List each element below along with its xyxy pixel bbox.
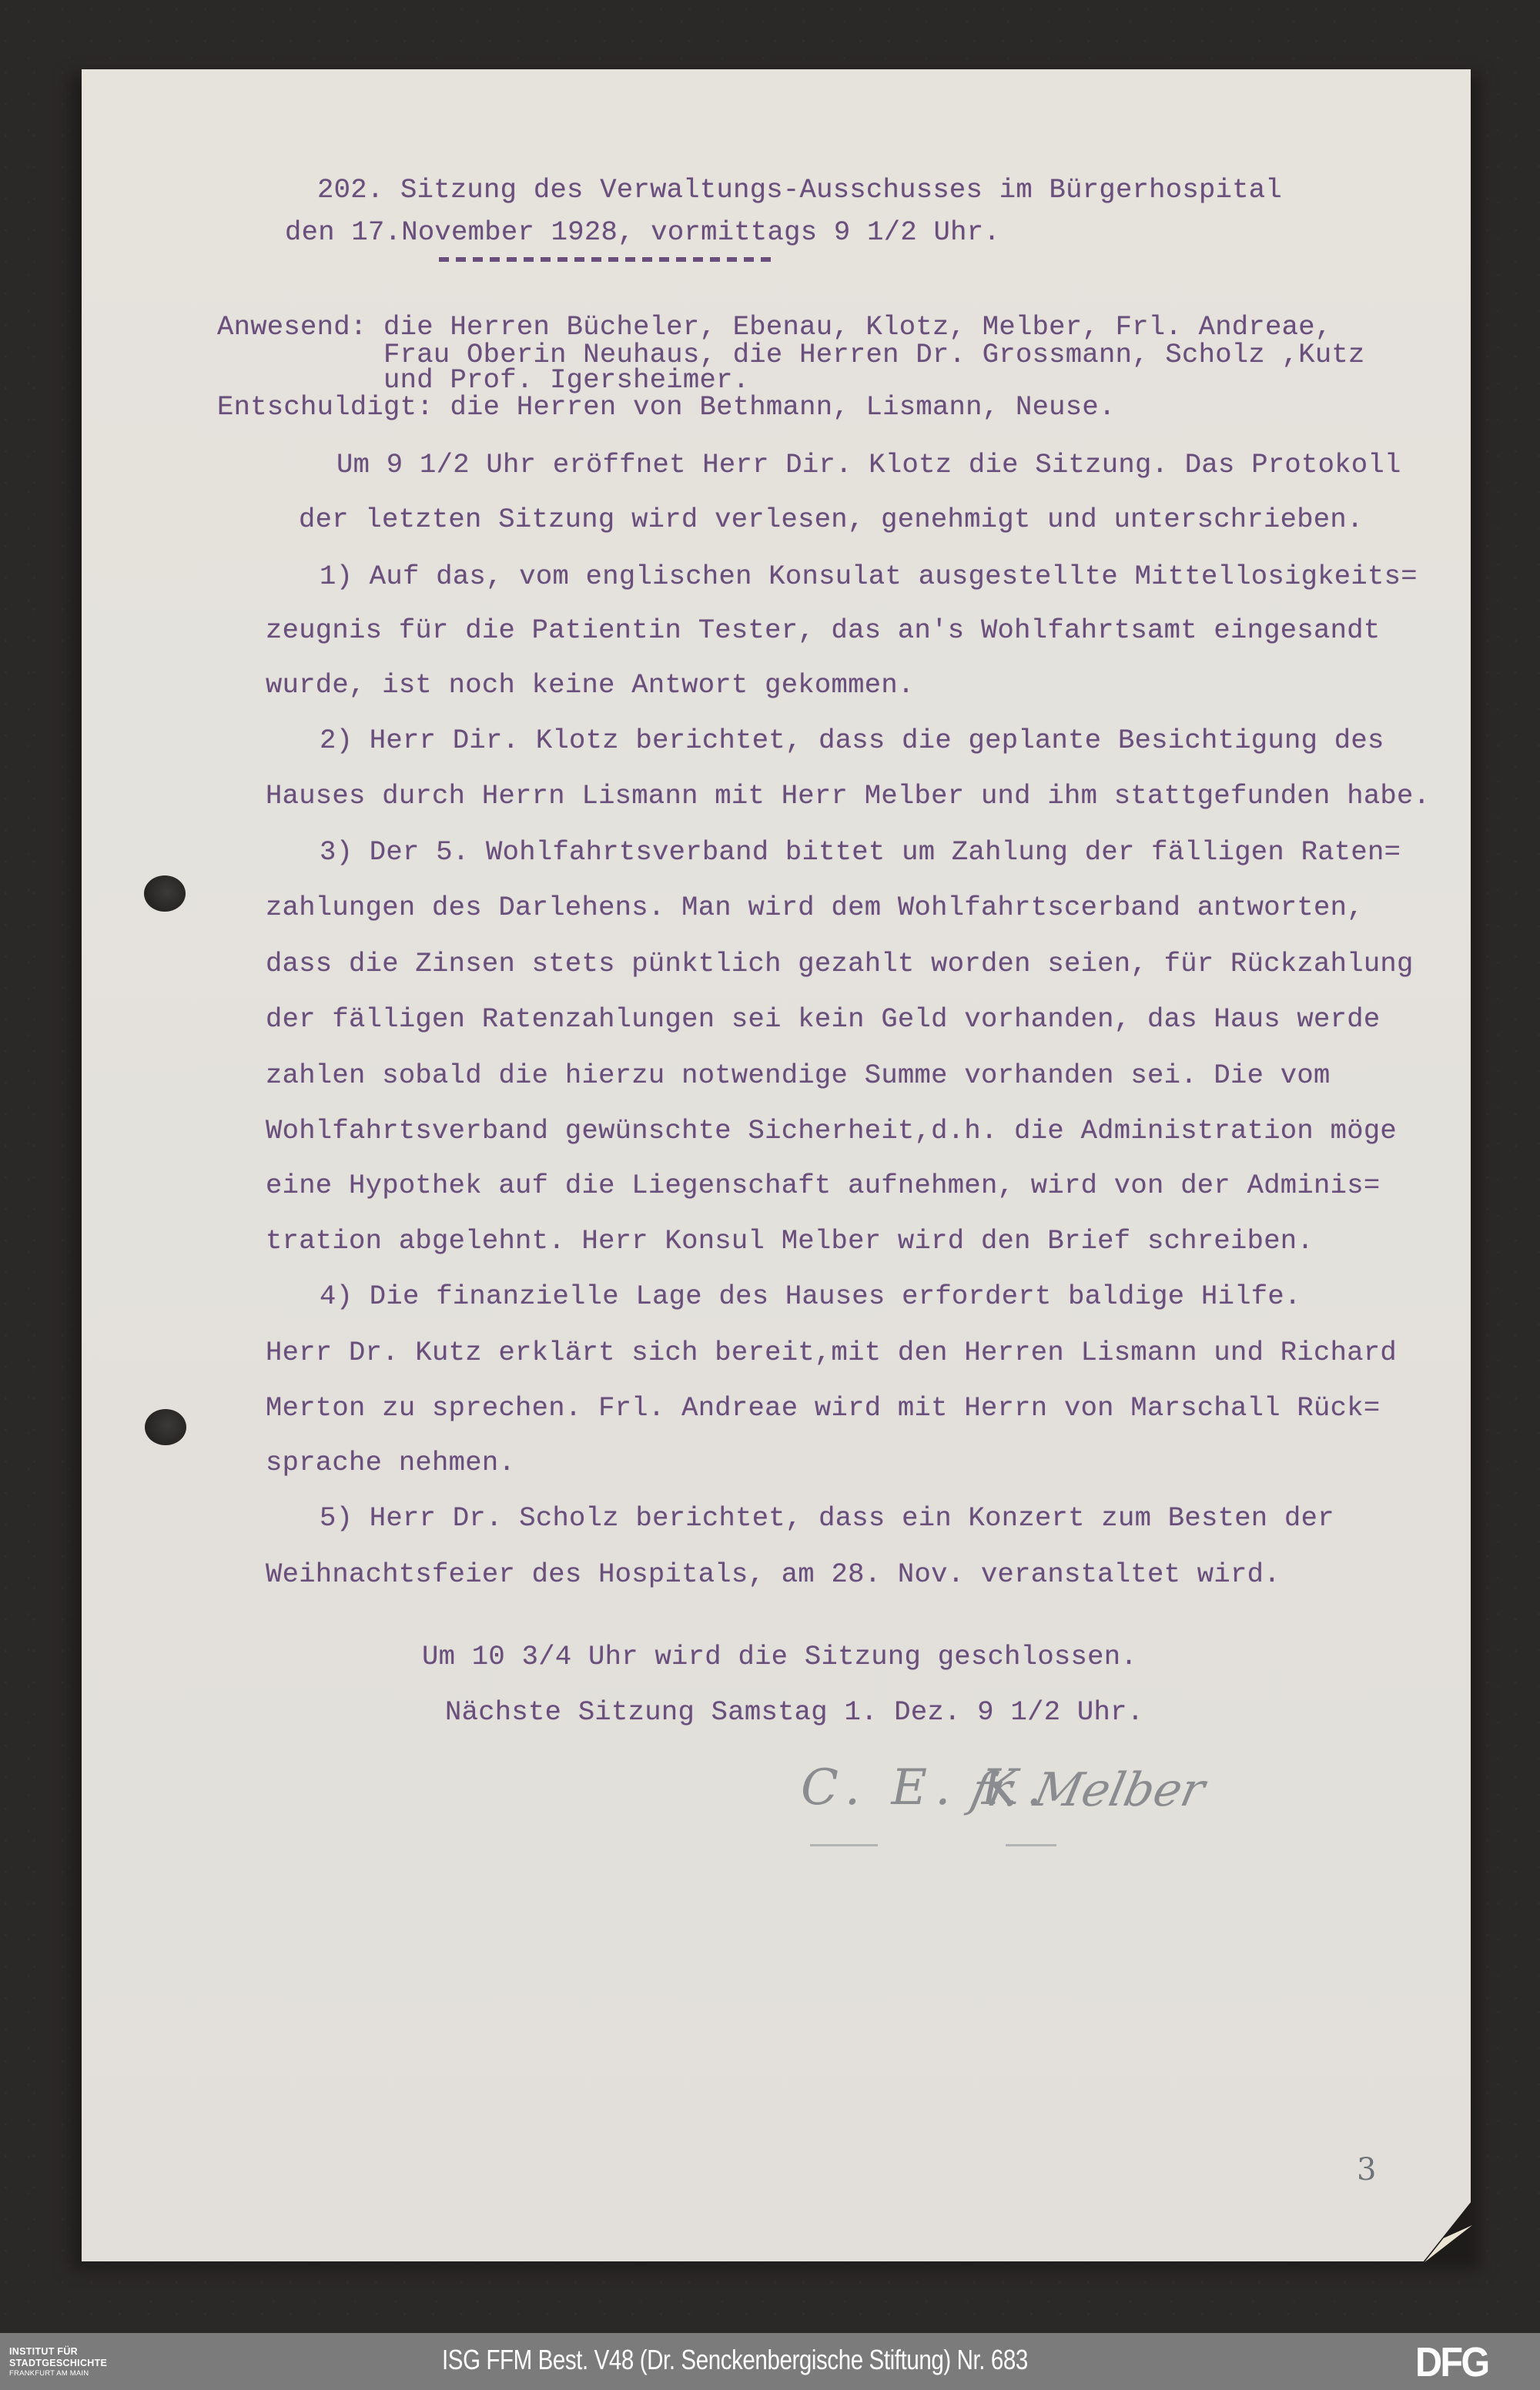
attendance-present-cont: und Prof. Igersheimer.: [217, 367, 749, 394]
signature-melber: fr. Melber: [966, 1763, 1210, 1817]
agenda-item-5: 5) Herr Dr. Scholz berichtet, dass ein K…: [320, 1505, 1334, 1532]
footer-bar: INSTITUT FÜR STADTGESCHICHTE FRANKFURT A…: [0, 2333, 1540, 2390]
attendance-excused: Entschuldigt: die Herren von Bethmann, L…: [217, 393, 1116, 421]
agenda-item-2: 2) Herr Dir. Klotz berichtet, dass die g…: [320, 727, 1384, 755]
institution-line-1: INSTITUT FÜR: [9, 2347, 107, 2357]
body-line: Weihnachtsfeier des Hospitals, am 28. No…: [266, 1561, 1281, 1588]
signature-underline: [810, 1844, 878, 1846]
body-line: Hauses durch Herrn Lismann mit Herr Melb…: [266, 782, 1430, 810]
body-line: Merton zu sprechen. Frl. Andreae wird mi…: [266, 1394, 1380, 1422]
body-line: tration abgelehnt. Herr Konsul Melber wi…: [266, 1227, 1314, 1255]
body-line: zeugnis für die Patientin Tester, das an…: [266, 617, 1380, 644]
institution-logo: INSTITUT FÜR STADTGESCHICHTE FRANKFURT A…: [9, 2347, 107, 2378]
signature-underline: [1006, 1844, 1056, 1846]
body-line: Herr Dr. Kutz erklärt sich bereit,mit de…: [266, 1339, 1397, 1367]
body-line: der fälligen Ratenzahlungen sei kein Gel…: [266, 1006, 1380, 1033]
body-line: dass die Zinsen stets pünktlich gezahlt …: [266, 950, 1414, 978]
archive-reference: ISG FFM Best. V48 (Dr. Senckenbergische …: [442, 2344, 1028, 2376]
document-date: den 17.November 1928, vormittags 9 1/2 U…: [285, 219, 1000, 246]
punch-hole-top: [144, 875, 186, 912]
body-line: wurde, ist noch keine Antwort gekommen.: [266, 671, 915, 699]
body-line: der letzten Sitzung wird verlesen, geneh…: [299, 506, 1364, 534]
body-line: Um 9 1/2 Uhr eröffnet Herr Dir. Klotz di…: [336, 451, 1401, 479]
body-line: Wohlfahrtsverband gewünschte Sicherheit,…: [266, 1117, 1397, 1145]
dfg-logo: DFG: [1415, 2341, 1488, 2383]
agenda-item-1: 1) Auf das, vom englischen Konsulat ausg…: [320, 563, 1418, 591]
punch-hole-bottom: [145, 1409, 186, 1445]
closing-time: Um 10 3/4 Uhr wird die Sitzung geschloss…: [422, 1643, 1137, 1671]
body-line: eine Hypothek auf die Liegenschaft aufne…: [266, 1172, 1380, 1200]
title-divider: [439, 257, 778, 262]
page-number: 3: [1357, 2152, 1376, 2187]
institution-line-2: STADTGESCHICHTE: [9, 2358, 107, 2368]
institution-line-3: FRANKFURT AM MAIN: [9, 2370, 107, 2378]
agenda-item-4: 4) Die finanzielle Lage des Hauses erfor…: [320, 1283, 1301, 1310]
next-meeting: Nächste Sitzung Samstag 1. Dez. 9 1/2 Uh…: [445, 1699, 1143, 1726]
document-title: 202. Sitzung des Verwaltungs-Ausschusses…: [317, 176, 1282, 204]
body-line: zahlungen des Darlehens. Man wird dem Wo…: [266, 894, 1364, 922]
body-line: sprache nehmen.: [266, 1449, 515, 1477]
agenda-item-3: 3) Der 5. Wohlfahrtsverband bittet um Za…: [320, 839, 1401, 866]
body-line: zahlen sobald die hierzu notwendige Summ…: [266, 1062, 1331, 1090]
attendance-present: Anwesend: die Herren Bücheler, Ebenau, K…: [217, 313, 1331, 341]
